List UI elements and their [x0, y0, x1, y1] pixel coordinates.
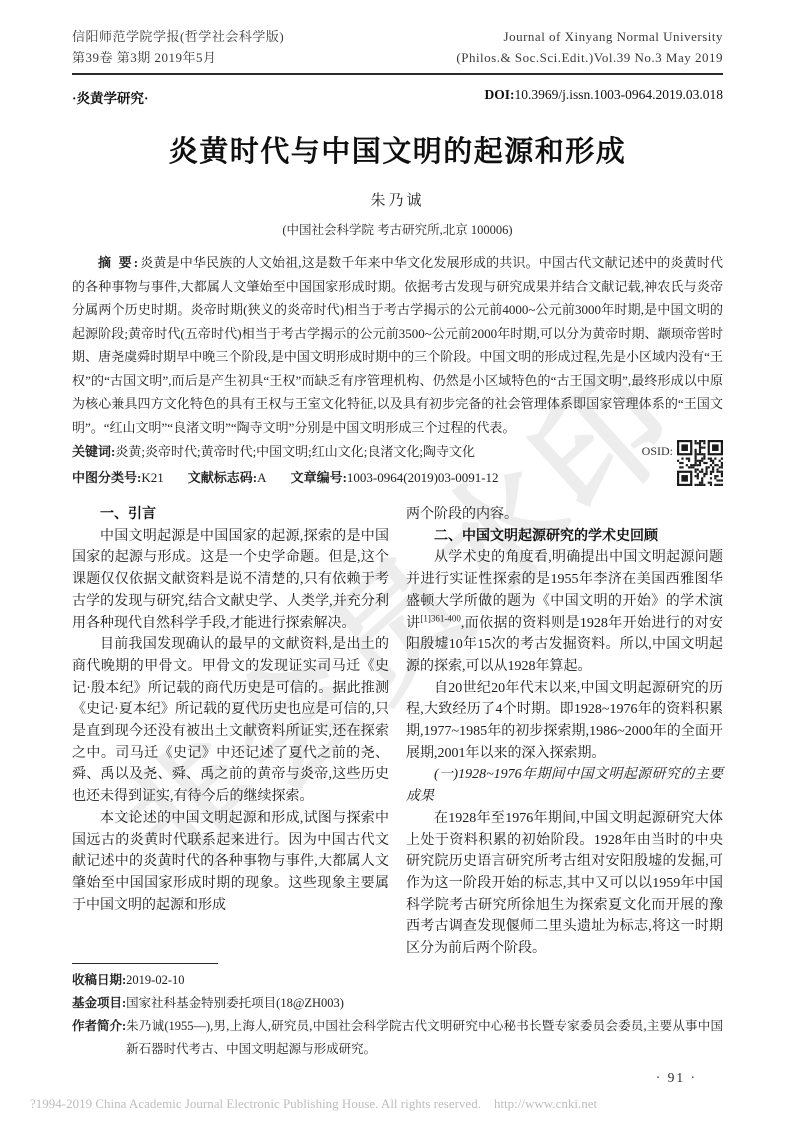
- footnote-rule: [72, 963, 218, 964]
- received-date-label: 收稿日期:: [72, 969, 126, 992]
- keywords-label: 关键词:: [72, 444, 115, 459]
- doi-label: DOI:: [484, 87, 514, 102]
- fund-project-value: 国家社科基金特别委托项目(18@ZH003): [126, 992, 723, 1015]
- right-column: 两个阶段的内容。 二、中国文明起源研究的学术史回顾 从学术史的角度看,明确提出中…: [406, 504, 723, 960]
- journal-name-en: Journal of Xinyang Normal University: [456, 26, 723, 47]
- osid-label: OSID:: [642, 440, 673, 459]
- article-id-label: 文章编号:: [291, 470, 347, 485]
- doc-code-pair: 文献标志码:A: [188, 470, 267, 485]
- keywords-meta-block: 关键词:炎黄;炎帝时代;黄帝时代;中国文明;红山文化;良渚文化;陶寺文化 OSI…: [72, 440, 723, 489]
- left-column: 一、引言 中国文明起源是中国国家的起源,探索的是中国国家的起源与形成。这是一个史…: [72, 504, 389, 960]
- masthead-left: 信阳师范学院学报(哲学社会科学版) 第39卷 第3期 2019年5月: [72, 26, 284, 68]
- received-date-row: 收稿日期: 2019-02-10: [72, 969, 723, 992]
- journal-issue-en: (Philos.& Soc.Sci.Edit.)Vol.39 No.3 May …: [456, 47, 723, 68]
- footnote-block: 收稿日期: 2019-02-10 基金项目: 国家社科基金特别委托项目(18@Z…: [72, 963, 723, 1061]
- journal-issue-cn: 第39卷 第3期 2019年5月: [72, 47, 284, 68]
- journal-name-cn: 信阳师范学院学报(哲学社会科学版): [72, 26, 284, 47]
- keywords-line: 关键词:炎黄;炎帝时代;黄帝时代;中国文明;红山文化;良渚文化;陶寺文化: [72, 440, 723, 463]
- clc-pair: 中图分类号:K21: [72, 470, 164, 485]
- article-id-value: 1003-0964(2019)03-0091-12: [347, 470, 499, 485]
- abstract-label: 摘 要:: [98, 255, 140, 270]
- masthead: 信阳师范学院学报(哲学社会科学版) 第39卷 第3期 2019年5月 Journ…: [72, 26, 723, 68]
- section-heading-2: 二、中国文明起源研究的学术史回顾: [406, 526, 723, 548]
- paragraph: 自20世纪20年代末以来,中国文明起源研究的历程,大致经历了4个时期。即1928…: [406, 678, 723, 765]
- author-bio-label: 作者简介:: [72, 1015, 126, 1061]
- abstract-text: 炎黄是中华民族的人文始祖,这是数千年来中华文化发展形成的共识。中国古代文献记述中…: [72, 255, 723, 435]
- doc-code-label: 文献标志码:: [188, 470, 257, 485]
- citation-superscript: [1]361-400: [420, 613, 461, 623]
- masthead-right: Journal of Xinyang Normal University (Ph…: [456, 26, 723, 68]
- masthead-rule: [72, 73, 723, 75]
- abstract: 摘 要:炎黄是中华民族的人文始祖,这是数千年来中华文化发展形成的共识。中国古代文…: [72, 251, 723, 439]
- subsection-heading: (一)1928~1976年期间中国文明起源研究的主要成果: [406, 764, 723, 807]
- article-id-pair: 文章编号:1003-0964(2019)03-0091-12: [291, 470, 499, 485]
- body-columns: 一、引言 中国文明起源是中国国家的起源,探索的是中国国家的起源与形成。这是一个史…: [72, 504, 723, 960]
- author-bio-value: 朱乃诚(1955—),男,上海人,研究员,中国社会科学院古代文明研究中心秘书长暨…: [126, 1015, 723, 1061]
- paragraph-text: ,而依据的资料则是1928年开始进行的对安阳殷墟10年15次的考古发掘资料。所以…: [406, 616, 723, 674]
- paragraph-continuation: 两个阶段的内容。: [406, 504, 723, 526]
- doi: DOI:10.3969/j.issn.1003-0964.2019.03.018: [484, 87, 723, 107]
- paragraph: 在1928年至1976年期间,中国文明起源研究大体上处于资料积累的初始阶段。19…: [406, 808, 723, 960]
- paragraph: 中国文明起源是中国国家的起源,探索的是中国国家的起源与形成。这是一个史学命题。但…: [72, 526, 389, 635]
- keywords-text: 炎黄;炎帝时代;黄帝时代;中国文明;红山文化;良渚文化;陶寺文化: [115, 444, 475, 459]
- doc-code-value: A: [257, 470, 266, 485]
- page-number: · 91 ·: [72, 1070, 723, 1086]
- osid-block: OSID:: [642, 440, 723, 491]
- osid-qr-code: [677, 440, 723, 491]
- author-affiliation: (中国社会科学院 考古研究所,北京 100006): [72, 220, 723, 238]
- fund-project-row: 基金项目: 国家社科基金特别委托项目(18@ZH003): [72, 992, 723, 1015]
- paragraph-with-citation: 从学术史的角度看,明确提出中国文明起源问题并进行实证性探索的是1955年李济在美…: [406, 547, 723, 677]
- paragraph: 本文论述的中国文明起源和形成,试图与探索中国远古的炎黄时代联系起来进行。因为中国…: [72, 808, 389, 917]
- column-doi-row: ·炎黄学研究· DOI:10.3969/j.issn.1003-0964.201…: [72, 87, 723, 107]
- journal-page: 信阳师范学院学报(哲学社会科学版) 第39卷 第3期 2019年5月 Journ…: [0, 0, 793, 1122]
- author-bio-row: 作者简介: 朱乃诚(1955—),男,上海人,研究员,中国社会科学院古代文明研究…: [72, 1015, 723, 1061]
- section-heading-1: 一、引言: [72, 504, 389, 526]
- column-label: ·炎黄学研究·: [72, 87, 149, 107]
- fund-project-label: 基金项目:: [72, 992, 126, 1015]
- clc-label: 中图分类号:: [72, 470, 141, 485]
- article-author: 朱乃诚: [72, 189, 723, 210]
- received-date-value: 2019-02-10: [126, 969, 723, 992]
- meta-line: 中图分类号:K21 文献标志码:A 文章编号:1003-0964(2019)03…: [72, 466, 723, 489]
- clc-value: K21: [141, 470, 163, 485]
- doi-value: 10.3969/j.issn.1003-0964.2019.03.018: [514, 87, 723, 102]
- copyright-footer: ?1994-2019 China Academic Journal Electr…: [30, 1096, 597, 1112]
- paragraph: 目前我国发现确认的最早的文献资料,是出土的商代晚期的甲骨文。甲骨文的发现证实司马…: [72, 634, 389, 808]
- article-title: 炎黄时代与中国文明的起源和形成: [72, 129, 723, 170]
